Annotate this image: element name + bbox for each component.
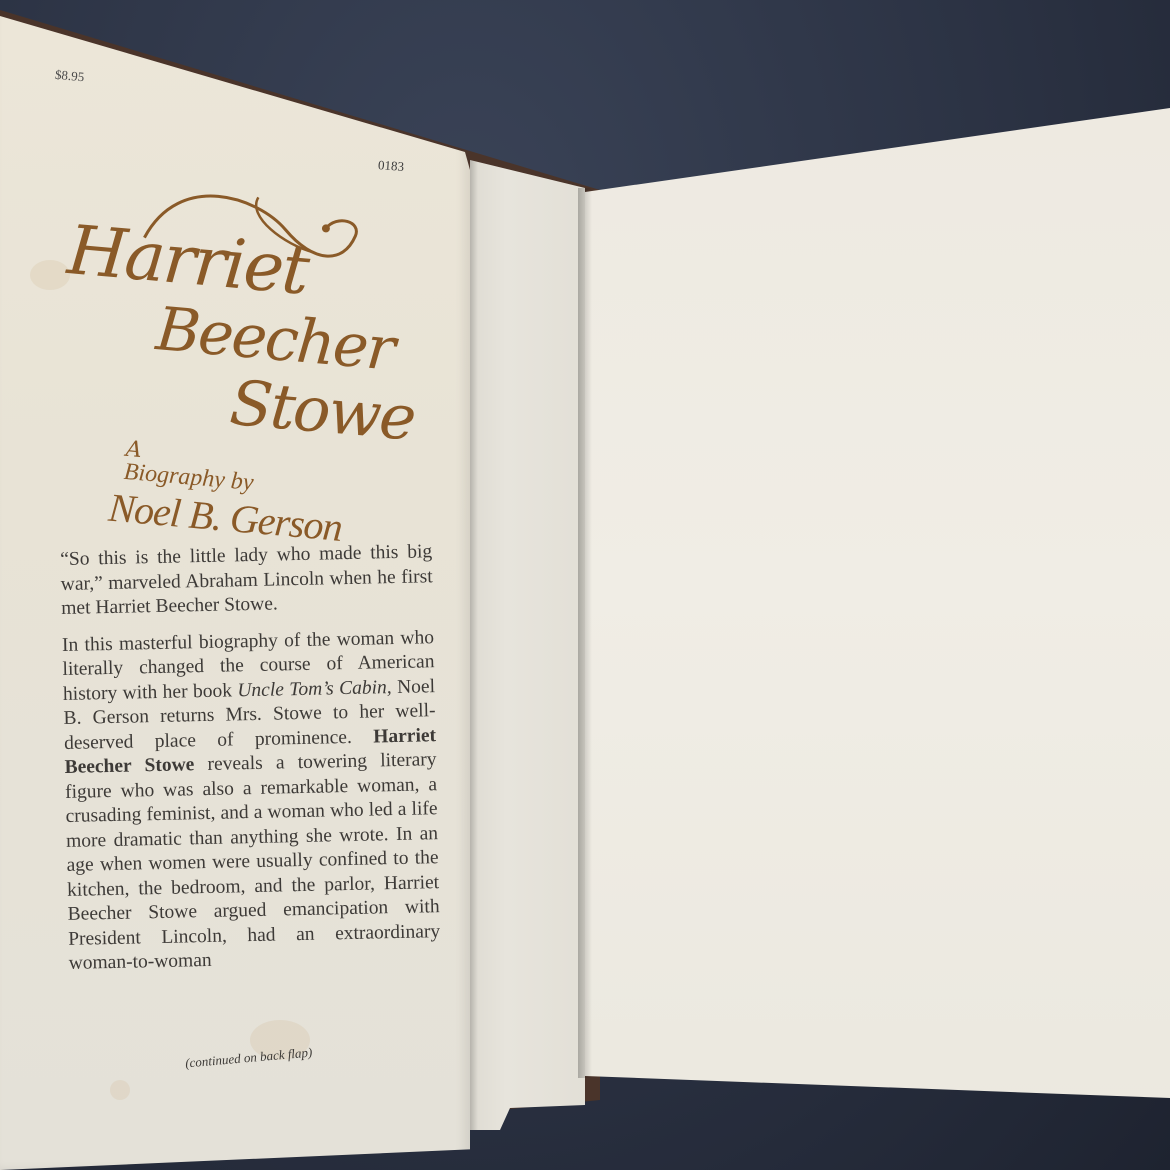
flap-description: “So this is the little lady who made thi… xyxy=(60,540,441,988)
price-label: $8.95 xyxy=(54,67,85,85)
paper-stain xyxy=(110,1080,130,1100)
title-line-stowe: Stowe xyxy=(227,366,417,455)
catalog-code: 0183 xyxy=(377,157,404,175)
lincoln-quote: “So this is the little lady who made thi… xyxy=(60,540,433,621)
book-title-block: Harriet Beecher Stowe A Biography by Noe… xyxy=(27,170,439,582)
description-paragraph: In this masterful biography of the woman… xyxy=(62,626,441,977)
gutter-shadow xyxy=(578,188,592,1078)
author-name: Noel B. Gerson xyxy=(107,484,344,551)
desc-text: reveals a towering literary figure who w… xyxy=(65,749,440,974)
book-reference-italic: Uncle Tom’s Cabin, xyxy=(237,677,392,701)
